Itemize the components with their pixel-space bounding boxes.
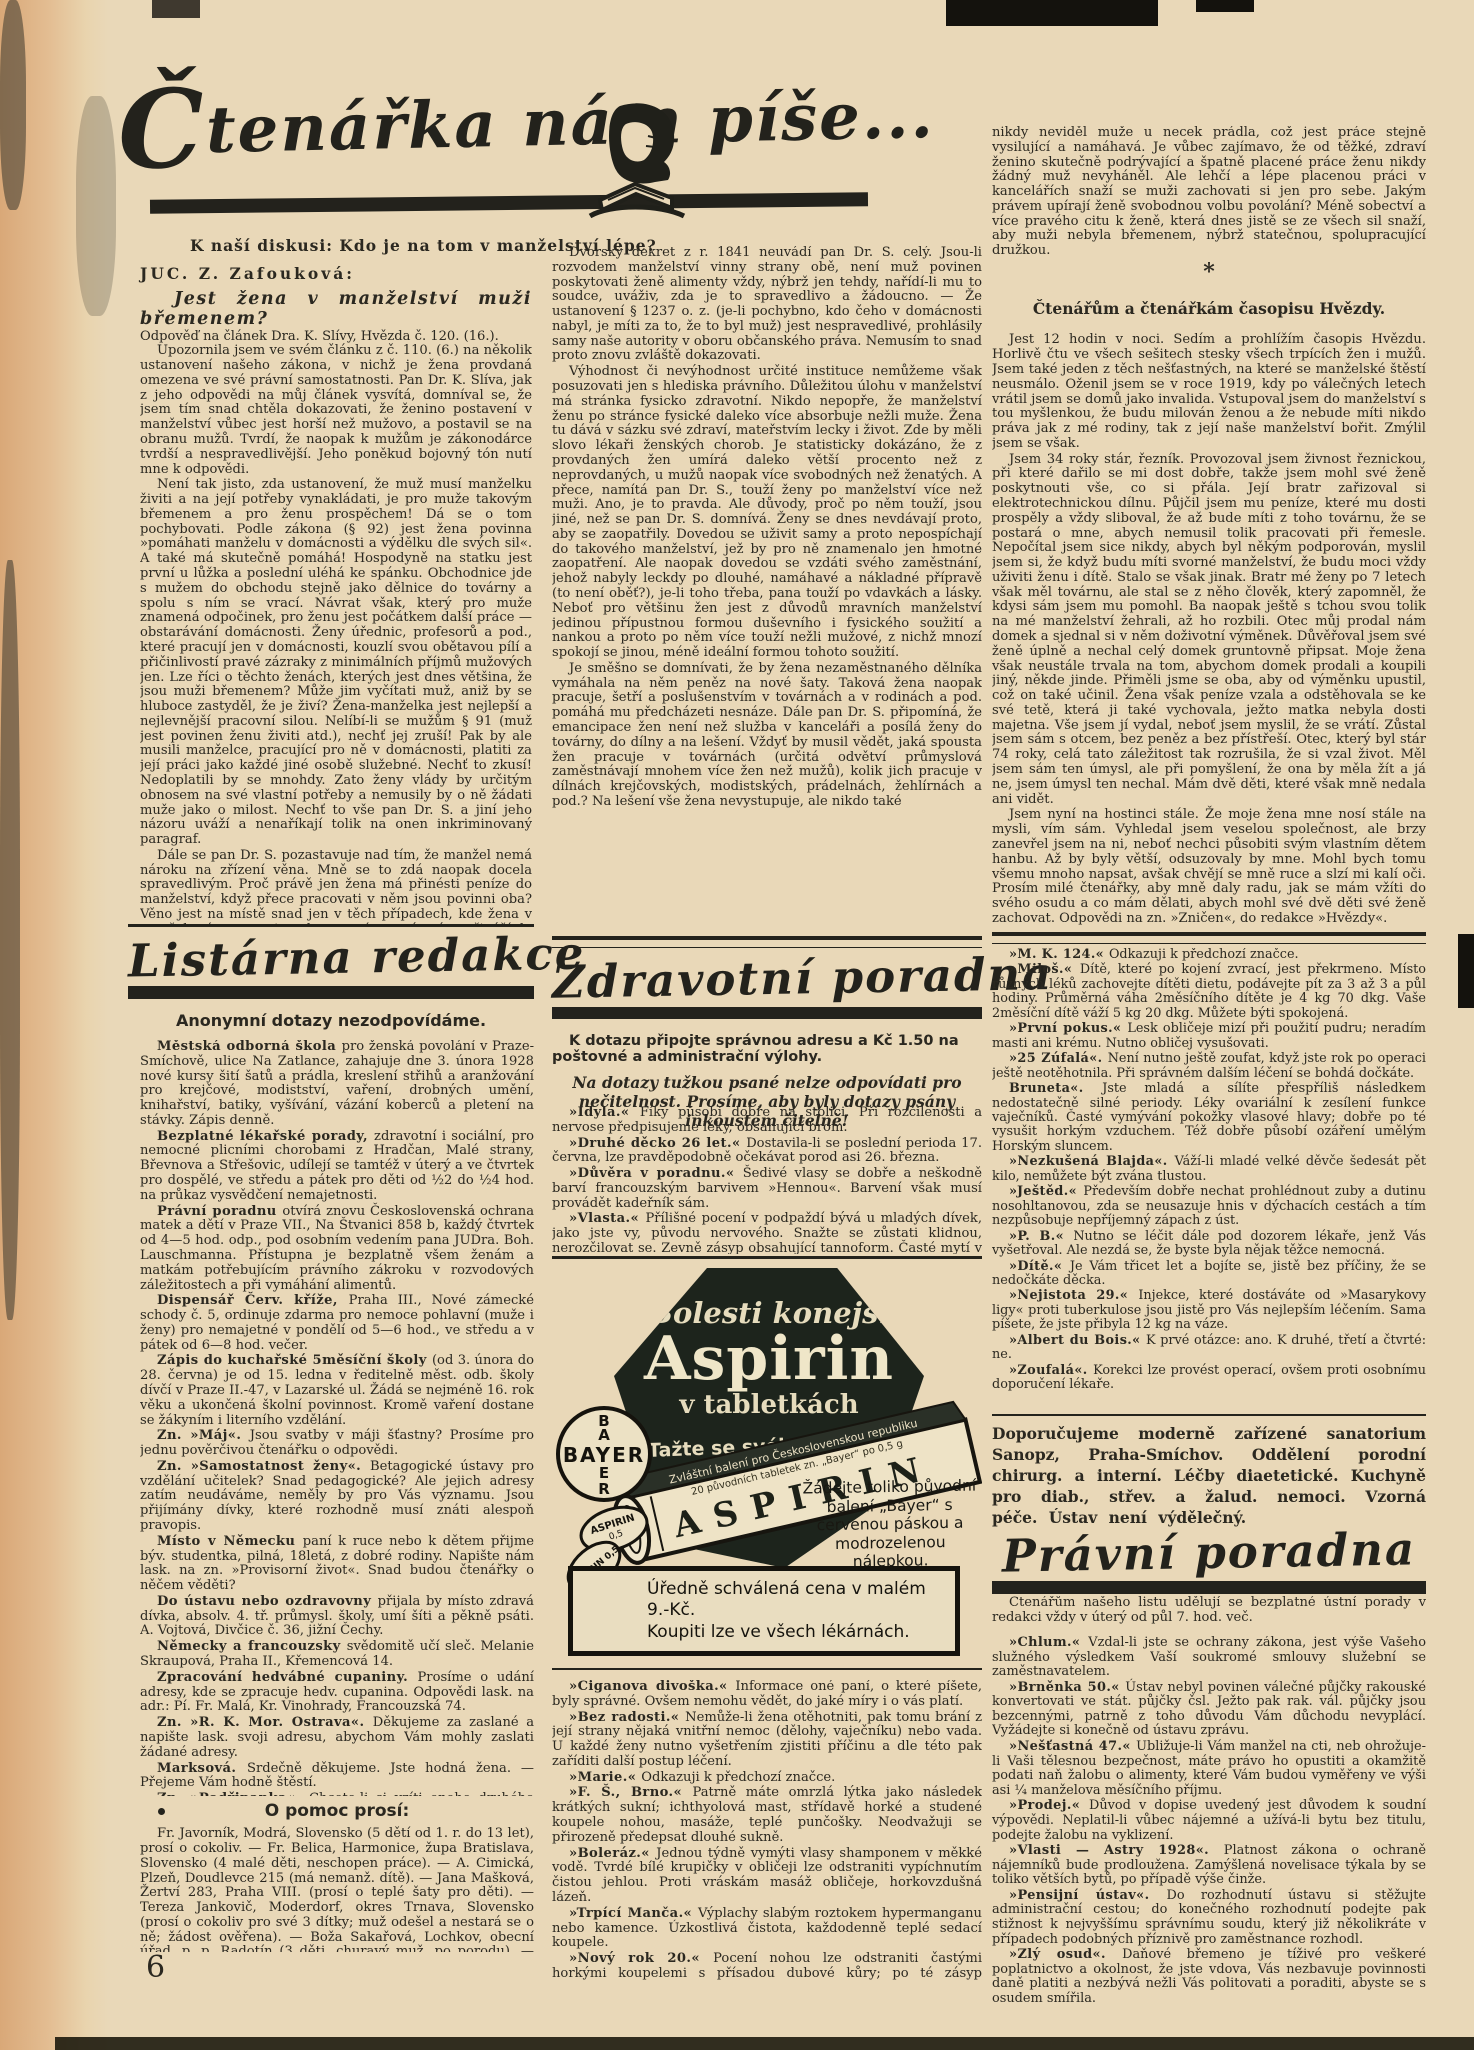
- scan-mark-right: [1458, 934, 1474, 1008]
- advice-entry: »Nezkušená Blajda«. Váží-li mladé velké …: [992, 1155, 1426, 1184]
- sanatorium-notice: Doporučujeme moderně zařízené sanatorium…: [992, 1424, 1426, 1532]
- pravni-entries: »Chlum.« Vzdal-li jste se ochrany zákona…: [992, 1636, 1426, 2044]
- double-rule: [992, 932, 1426, 944]
- advice-entry: »Ciganova divoška.« Informace oné paní, …: [552, 1680, 982, 1710]
- ad-top-rule: [552, 1256, 982, 1259]
- listarna-section-header: Listárna redakce Anonymní dotazy nezodpo…: [128, 924, 534, 1040]
- article-paragraph: Není tak jisto, zda ustanovení, že muž m…: [140, 478, 532, 848]
- advice-entry: »Idyla.« Fíky působí dobře na stolici. P…: [552, 1106, 982, 1136]
- advice-entry: »M. K. 124.« Odkazuji k předchozí značce…: [992, 948, 1426, 962]
- letter-paragraph: Jsem nyní na hostinci stále. Že moje žen…: [992, 808, 1426, 926]
- listarna-entry: Zápis do kuchařské 5měsíční školy (od 3.…: [140, 1354, 534, 1428]
- listarna-entry: Zn. »Máj«. Jsou svatby v máji šťastny? P…: [140, 1429, 534, 1459]
- listarna-entry: Dispensář Červ. kříže, Praha III., Nové …: [140, 1294, 534, 1353]
- ad-price-line1: Úředně schválená cena v malém 9.-Kč.: [647, 1579, 949, 1622]
- listarna-entry: Zpracování hedvábné cupaniny. Prosíme o …: [140, 1671, 534, 1715]
- listarna-entry: Do ústavu nebo ozdravovny přijala by mís…: [140, 1595, 534, 1639]
- advice-entry: »Nejistota 29.« Injekce, které dostáváte…: [992, 1289, 1426, 1332]
- advice-entry: »Druhé děcko 26 let.« Dostavila-li se po…: [552, 1137, 982, 1167]
- author-byline: JUC. Z. Zafouková:: [140, 264, 355, 283]
- letter-paragraph: Jest 12 hodin v noci. Sedím a prohlížím …: [992, 333, 1426, 451]
- sanatorium-divider: [992, 1414, 1426, 1416]
- scan-smudge: [76, 96, 116, 316]
- article-col1-body: Upozornila jsem ve svém článku z č. 110.…: [140, 344, 532, 924]
- pravni-title-bar: [992, 1581, 1426, 1594]
- section-top-rule: [552, 936, 982, 948]
- svg-text:R: R: [598, 1480, 610, 1498]
- article-column-1: Jest žena v manželství muži břemenem? Od…: [140, 290, 532, 924]
- legal-entry: »Brněnka 50.« Ústav nebyl povinen válečn…: [992, 1681, 1426, 1739]
- advice-entry: »Ještěd.« Především dobře nechat prohléd…: [992, 1185, 1426, 1228]
- advice-entry: »Trpící Manča.« Výplachy slabým roztokem…: [552, 1907, 982, 1951]
- article-paragraph: Dále se pan Dr. S. pozastavuje nad tím, …: [140, 849, 532, 924]
- article-paragraph: Výhodnost či nevýhodnost určité instituc…: [552, 365, 982, 661]
- help-title-text: O pomoc prosí:: [265, 1801, 410, 1821]
- advice-entry: »Dítě.« Je Vám třicet let a bojíte se, j…: [992, 1260, 1426, 1289]
- ad-bottom-rule: [552, 1668, 982, 1670]
- advice-entry: »První pokus.« Lesk obličeje mizí při po…: [992, 1022, 1426, 1051]
- advice-entry: »Miloš.« Dítě, které po kojení zvrací, j…: [992, 963, 1426, 1021]
- listarna-entry: Místo v Německu paní k ruce nebo k dětem…: [140, 1535, 534, 1594]
- advice-entry: »F. Š., Brno.« Patrně máte omrzlá lýtka …: [552, 1786, 982, 1845]
- listarna-entry: Právní poradnu otvírá znovu Českoslovens…: [140, 1205, 534, 1294]
- advice-entry: »Důvěra v poradnu.« Šedivé vlasy se dobř…: [552, 1167, 982, 1211]
- listarna-title-bar: [128, 986, 534, 999]
- article-col2-body: Dvorský dekret z r. 1841 neuvádí pan Dr.…: [552, 246, 982, 810]
- thin-rule: [992, 1414, 1426, 1416]
- listarna-entry-list: Městská odborná škola pro ženská povolán…: [140, 1040, 534, 1796]
- advice-entry: »25 Zúfalá«. Není nutno ještě zoufat, kd…: [992, 1052, 1426, 1081]
- pravni-section-header: Právní poradna: [992, 1522, 1426, 1594]
- article-column-3: nikdy neviděl muže u necek prádla, což j…: [992, 126, 1426, 932]
- advice-entry: »Marie.« Odkazuji k předchozí značce.: [552, 1771, 982, 1786]
- advice-entry: »Boleráz.« Jednou týdně vymýti vlasy sha…: [552, 1847, 982, 1906]
- legal-entry: »Chlum.« Vzdal-li jste se ochrany zákona…: [992, 1636, 1426, 1680]
- letter-body: Jest 12 hodin v noci. Sedím a prohlížím …: [992, 333, 1426, 926]
- listarna-entries: Městská odborná škola pro ženská povolán…: [140, 1040, 534, 1796]
- star-separator: *: [992, 260, 1426, 285]
- title-initial: Č: [117, 66, 208, 194]
- svg-text:A: A: [598, 1426, 610, 1444]
- listarna-subtitle: Anonymní dotazy nezodpovídáme.: [128, 1011, 534, 1030]
- legal-entry: »Pensijní ústav«. Do rozhodnutí ústavu s…: [992, 1889, 1426, 1947]
- scan-smudge: [0, 560, 20, 1320]
- advice-entry: »Bez radosti.« Nemůže-li žena otěhotniti…: [552, 1711, 982, 1770]
- listarna-entry: Marksová. Srdečně děkujeme. Jste hodná ž…: [140, 1762, 534, 1792]
- article-subheading: Odpověď na článek Dra. K. Slívy, Hvězda …: [140, 330, 532, 345]
- zdravotni-entries-1: »Idyla.« Fíky působí dobře na stolici. P…: [552, 1106, 982, 1254]
- title-underline-bar: [150, 192, 868, 214]
- pravni-intro-text: Čtenářům našeho listu udělují se bezplat…: [992, 1596, 1426, 1626]
- article-column-2: Dvorský dekret z r. 1841 neuvádí pan Dr.…: [552, 246, 982, 932]
- listarna-entry: Německy a francouzsky svědomitě učí sleč…: [140, 1640, 534, 1670]
- pravni-title: Právní poradna: [992, 1522, 1427, 1583]
- advice-entry: »Nový rok 20.« Pocení nohou lze odstrani…: [552, 1952, 982, 1980]
- scan-mark-top: [946, 0, 1158, 26]
- article-paragraph: Je směšno se domnívati, že by žena nezam…: [552, 662, 982, 810]
- zdravotni-notice-address: K dotazu připojte správnou adresu a Kč 1…: [552, 1033, 982, 1065]
- magazine-page-scan: Čtenářka nám píše... K naší diskusi: Kdo…: [0, 0, 1474, 2050]
- ad-right-text: Žádejte toliko původní balení „Bayer“ s …: [799, 1476, 981, 1572]
- help-text: Fr. Javorník, Modrá, Slovensko (5 dětí o…: [140, 1827, 534, 1952]
- aspirin-advertisement: Bolesti konejší Aspirin v tabletkách Taž…: [552, 1256, 982, 1658]
- advice-entry: »Zoufalá«. Korekci lze provést operací, …: [992, 1364, 1426, 1393]
- zdravotni-title: Zdravotní poradna: [552, 948, 983, 1008]
- legal-entry: »Nešťastná 47.« Ubližuje-li Vám manžel n…: [992, 1740, 1426, 1798]
- article-paragraph: Upozornila jsem ve svém článku z č. 110.…: [140, 344, 532, 477]
- reading-woman-illustration: [560, 96, 710, 236]
- article-paragraph: nikdy neviděl muže u necek prádla, což j…: [992, 126, 1426, 259]
- pravni-intro: Čtenářům našeho listu udělují se bezplat…: [992, 1596, 1426, 1630]
- zdravotni-entries-3: »M. K. 124.« Odkazuji k předchozí značce…: [992, 948, 1426, 1410]
- zdravotni-entries-2: »Ciganova divoška.« Informace oné paní, …: [552, 1680, 982, 1980]
- section-top-rule: [128, 924, 534, 927]
- letter-heading: Čtenářům a čtenářkám časopisu Hvězdy.: [992, 300, 1426, 318]
- advice-entry: »P. B.« Nutno se léčit dále pod dozorem …: [992, 1230, 1426, 1259]
- scan-mark-top: [152, 0, 200, 18]
- legal-entry: »Vlasti — Astry 1928«. Platnost zákona o…: [992, 1844, 1426, 1888]
- ad-price-box: Úředně schválená cena v malém 9.-Kč. Kou…: [568, 1566, 960, 1656]
- pravni-list: »Chlum.« Vzdal-li jste se ochrany zákona…: [992, 1636, 1426, 2006]
- zdravotni-list-2: »Ciganova divoška.« Informace oné paní, …: [552, 1680, 982, 1980]
- advice-entry: »Vlasta.« Přílišné pocení v podpaždí býv…: [552, 1212, 982, 1254]
- bullet-dot: [158, 1808, 165, 1815]
- legal-entry: »Prodej.« Důvod v dopise uvedený jest dů…: [992, 1799, 1426, 1843]
- advice-entry: Bruneta«. Jste mladá a sílíte přespříliš…: [992, 1082, 1426, 1154]
- zdravotni-list-1: »Idyla.« Fíky působí dobře na stolici. P…: [552, 1106, 982, 1254]
- letter-paragraph: Jsem 34 roky stár, řezník. Provozoval js…: [992, 453, 1426, 808]
- listarna-entry: Bezplatné lékařské porady, zdravotní i s…: [140, 1130, 534, 1204]
- column3-divider: [992, 932, 1426, 944]
- advice-entry: »Albert du Bois.« K prvé otázce: ano. K …: [992, 1334, 1426, 1363]
- article-paragraph: Dvorský dekret z r. 1841 neuvádí pan Dr.…: [552, 246, 982, 364]
- zdravotni-list-3: »M. K. 124.« Odkazuji k předchozí značce…: [992, 948, 1426, 1393]
- listarna-entry: Zn. »R. K. Mor. Ostrava«. Děkujeme za za…: [140, 1716, 534, 1760]
- article-heading: Jest žena v manželství muži břemenem?: [140, 290, 532, 330]
- zdravotni-title-bar: [552, 1007, 982, 1019]
- page-number: 6: [146, 1950, 165, 1985]
- listarna-entry: Zn. »Samostatnost ženy«. Betagogické úst…: [140, 1460, 534, 1534]
- help-title: O pomoc prosí:: [140, 1802, 534, 1821]
- legal-entry: »Zlý osud«. Daňové břemeno je tíživé pro…: [992, 1948, 1426, 2006]
- page-title: Čtenářka nám píše...: [117, 77, 978, 170]
- scan-mark-top: [1196, 0, 1254, 12]
- listarna-title: Listárna redakce: [128, 927, 535, 987]
- ad-price-line2: Koupiti lze ve všech lékárnách.: [647, 1622, 949, 1643]
- listarna-entry: Městská odborná škola pro ženská povolán…: [140, 1040, 534, 1129]
- scan-smudge: [0, 0, 26, 210]
- help-requests: O pomoc prosí: Fr. Javorník, Modrá, Slov…: [140, 1796, 534, 1952]
